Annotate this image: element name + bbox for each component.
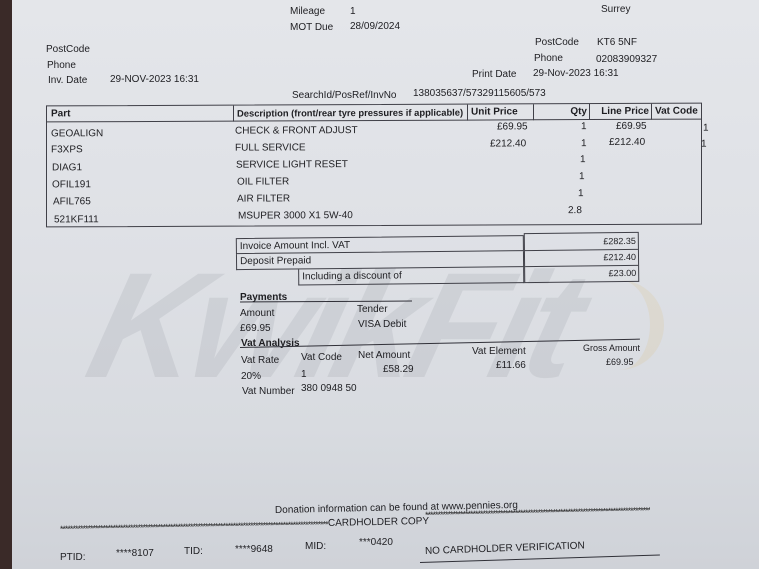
search-id-label: SearchId/PosRef/InvNo — [292, 90, 397, 102]
branch-phone-label: Phone — [534, 53, 563, 65]
print-date-value: 29-Nov-2023 16:31 — [533, 68, 619, 80]
unit-price: £69.95 — [497, 121, 528, 133]
mot-due-label: MOT Due — [290, 22, 333, 34]
inv-date-label: Inv. Date — [48, 75, 87, 87]
vat-code: 1 — [703, 123, 709, 135]
tid-value: ****9648 — [235, 544, 273, 556]
description: AIR FILTER — [237, 193, 290, 205]
county-value: Surrey — [601, 4, 630, 16]
part-code: GEOALIGN — [51, 128, 103, 140]
col-header-vat-code: Vat Code — [651, 104, 701, 120]
qty: 1 — [581, 138, 587, 150]
description: SERVICE LIGHT RESET — [236, 159, 348, 171]
ptid-value: ****8107 — [116, 548, 154, 560]
part-code: DIAG1 — [52, 162, 82, 174]
part-code: OFIL191 — [52, 179, 91, 191]
payment-tender-value: VISA Debit — [358, 319, 406, 331]
mot-due-value: 28/09/2024 — [350, 21, 400, 33]
line-price: £212.40 — [609, 137, 645, 149]
vat-rate-value: 20% — [241, 371, 261, 383]
payment-amount-label: Amount — [240, 308, 274, 320]
qty: 2.8 — [568, 205, 582, 217]
ptid-label: PTID: — [60, 552, 86, 564]
payment-amount-value: £69.95 — [240, 323, 271, 335]
mileage-value: 1 — [350, 6, 356, 18]
print-date-label: Print Date — [472, 69, 516, 81]
qty: 1 — [580, 154, 586, 166]
col-header-description: Description (front/rear tyre pressures i… — [233, 105, 467, 122]
col-header-line-price: Line Price — [589, 104, 651, 120]
column-divider — [467, 105, 468, 121]
vat-analysis-title: Vat Analysis — [241, 338, 300, 350]
column-divider — [533, 104, 534, 120]
net-amount-label: Net Amount — [358, 350, 410, 362]
vat-code: 1 — [701, 139, 707, 151]
col-header-unit-price: Unit Price — [467, 104, 533, 120]
discount-label: Including a discount of — [298, 267, 524, 285]
column-divider — [651, 104, 652, 120]
column-divider — [233, 106, 234, 122]
tid-label: TID: — [184, 546, 203, 558]
totals-values-column: £282.35 £212.40 £23.00 — [524, 232, 640, 283]
part-code: AFIL765 — [53, 196, 91, 208]
items-table: Part Description (front/rear tyre pressu… — [46, 103, 702, 228]
description: FULL SERVICE — [235, 142, 306, 154]
branch-postcode-value: KT6 5NF — [597, 37, 637, 49]
qty: 1 — [581, 121, 587, 133]
qty: 1 — [579, 171, 585, 183]
gross-amount-value: £69.95 — [606, 356, 634, 368]
vat-number-label: Vat Number — [242, 386, 295, 398]
col-header-qty: Qty — [533, 104, 589, 120]
customer-phone-label: Phone — [47, 60, 76, 72]
vat-element-label: Vat Element — [472, 346, 526, 358]
unit-price: £212.40 — [490, 138, 526, 150]
customer-postcode-label: PostCode — [46, 44, 90, 56]
column-divider — [589, 104, 590, 120]
payment-tender-label: Tender — [357, 304, 388, 316]
part-code: 521KF111 — [54, 214, 99, 226]
vat-rate-label: Vat Rate — [241, 355, 279, 367]
mid-value: ***0420 — [359, 537, 393, 549]
search-id-value: 138035637/57329115605/573 — [413, 88, 546, 100]
description: OIL FILTER — [237, 176, 289, 188]
discount-value: £23.00 — [609, 267, 637, 279]
mid-label: MID: — [305, 541, 326, 553]
net-amount-value: £58.29 — [383, 364, 414, 376]
invoice-amount-value: £282.35 — [603, 235, 636, 247]
line-price: £69.95 — [616, 121, 647, 133]
part-code: F3XPS — [51, 144, 83, 156]
vat-code-value: 1 — [301, 369, 307, 381]
qty: 1 — [578, 188, 584, 200]
branch-postcode-label: PostCode — [535, 37, 579, 49]
vat-code-label: Vat Code — [301, 352, 342, 364]
inv-date-value: 29-NOV-2023 16:31 — [110, 74, 199, 86]
gross-amount-label: Gross Amount — [583, 342, 640, 354]
col-header-part: Part — [47, 106, 233, 123]
vat-element-value: £11.66 — [496, 360, 526, 372]
cardholder-copy-label: CARDHOLDER COPY — [328, 516, 429, 530]
deposit-prepaid-value: £212.40 — [603, 251, 636, 263]
branch-phone-value: 02083909327 — [596, 54, 657, 66]
mileage-label: Mileage — [290, 6, 325, 18]
description: CHECK & FRONT ADJUST — [235, 125, 358, 138]
description: MSUPER 3000 X1 5W-40 — [238, 210, 353, 223]
totals-box: Invoice Amount Incl. VAT Deposit Prepaid… — [236, 232, 638, 282]
vat-number-value: 380 0948 50 — [301, 383, 357, 395]
